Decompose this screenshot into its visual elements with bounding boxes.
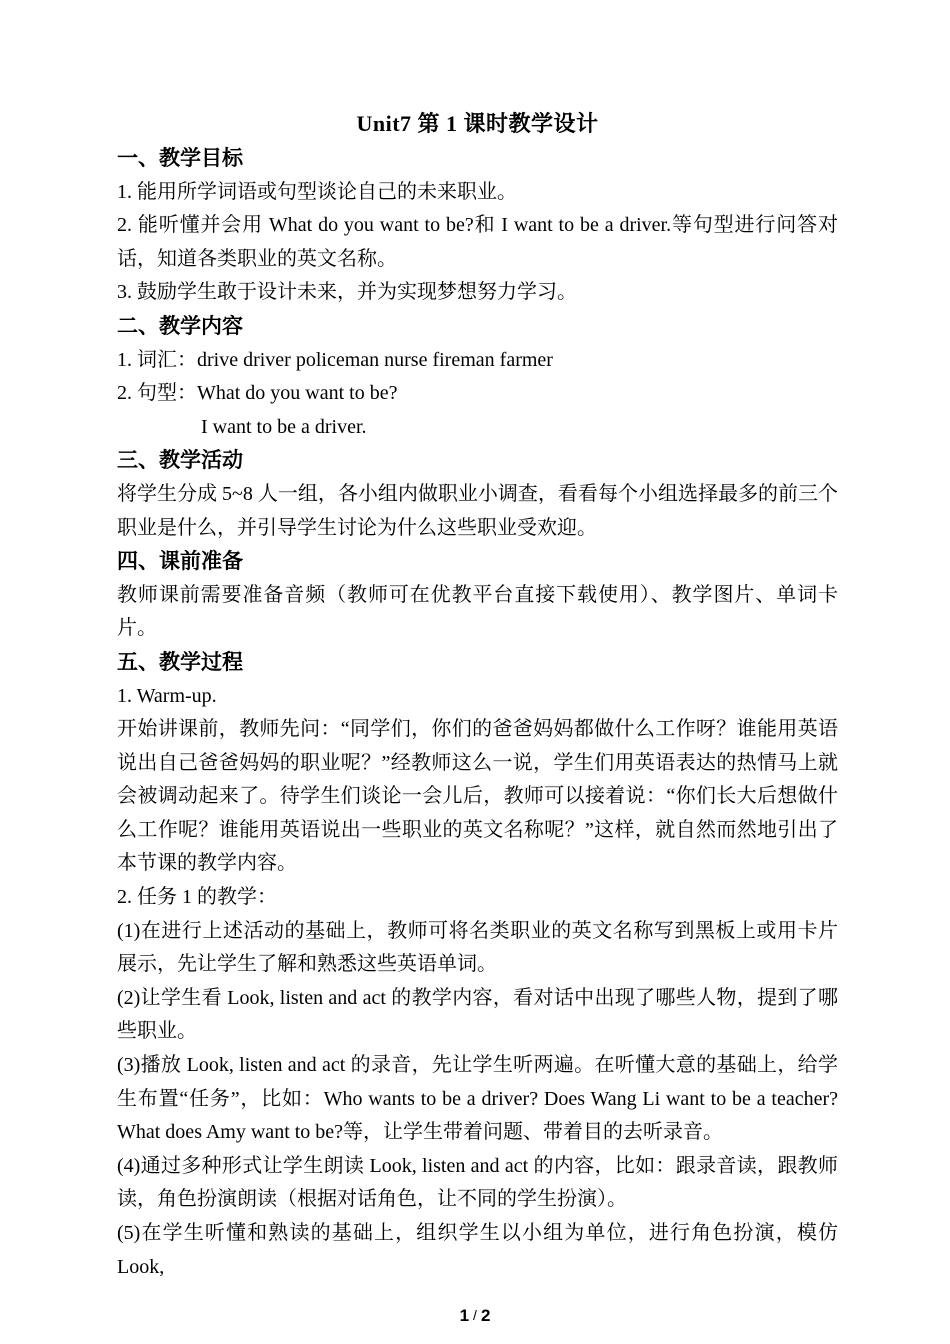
- paragraph: 1. 词汇：drive driver policeman nurse firem…: [117, 344, 838, 378]
- paragraph: 教师课前需要准备音频（教师可在优教平台直接下载使用）、教学图片、单词卡片。: [117, 579, 838, 646]
- paragraph: (4)通过多种形式让学生朗读 Look, listen and act 的内容，…: [117, 1150, 838, 1217]
- paragraph: (1)在进行上述活动的基础上，教师可将名类职业的英文名称写到黑板上或用卡片展示，…: [117, 915, 838, 982]
- paragraph: I want to be a driver.: [117, 411, 838, 445]
- paragraph: 开始讲课前，教师先问：“同学们，你们的爸爸妈妈都做什么工作呀？谁能用英语说出自己…: [117, 713, 838, 881]
- paragraph: 2. 句型：What do you want to be?: [117, 377, 838, 411]
- paragraph: (5)在学生听懂和熟读的基础上，组织学生以小组为单位，进行角色扮演，模仿 Loo…: [117, 1217, 838, 1284]
- paragraph: 1. Warm-up.: [117, 680, 838, 714]
- paragraph: 3. 鼓励学生敢于设计未来，并为实现梦想努力学习。: [117, 276, 838, 310]
- page-footer: 1/2: [0, 1306, 950, 1326]
- section-heading: 三、教学活动: [117, 444, 838, 478]
- document-page: Unit7 第 1 课时教学设计 一、教学目标1. 能用所学词语或句型谈论自己的…: [0, 0, 950, 1344]
- document-body: 一、教学目标1. 能用所学词语或句型谈论自己的未来职业。2. 能听懂并会用 Wh…: [117, 142, 838, 1284]
- paragraph: (2)让学生看 Look, listen and act 的教学内容，看对话中出…: [117, 982, 838, 1049]
- section-heading: 五、教学过程: [117, 646, 838, 680]
- page-number-separator: /: [469, 1307, 481, 1323]
- page-title: Unit7 第 1 课时教学设计: [117, 106, 838, 142]
- section-heading: 二、教学内容: [117, 310, 838, 344]
- page-number-current: 1: [460, 1306, 469, 1325]
- paragraph: 将学生分成 5~8 人一组，各小组内做职业小调查，看看每个小组选择最多的前三个职…: [117, 478, 838, 545]
- section-heading: 四、课前准备: [117, 545, 838, 579]
- page-number-total: 2: [481, 1306, 490, 1325]
- paragraph: 2. 任务 1 的教学：: [117, 881, 838, 915]
- paragraph: 1. 能用所学词语或句型谈论自己的未来职业。: [117, 176, 838, 210]
- paragraph: (3)播放 Look, listen and act 的录音，先让学生听两遍。在…: [117, 1049, 838, 1150]
- paragraph: 2. 能听懂并会用 What do you want to be?和 I wan…: [117, 209, 838, 276]
- section-heading: 一、教学目标: [117, 142, 838, 176]
